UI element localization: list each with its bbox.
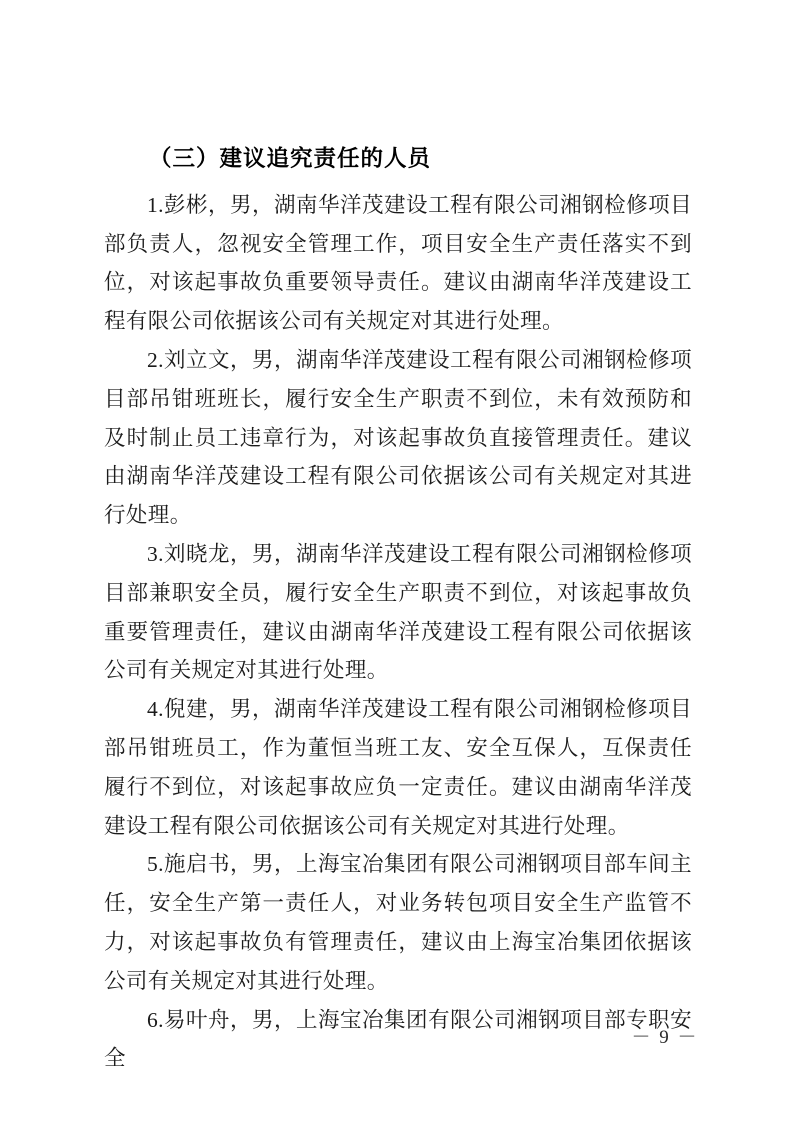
document-body: （三）建议追究责任的人员 1.彭彬，男，湖南华洋茂建设工程有限公司湘钢检修项目部… (104, 140, 692, 1078)
document-page: （三）建议追究责任的人员 1.彭彬，男，湖南华洋茂建设工程有限公司湘钢检修项目部… (0, 0, 793, 1122)
section-heading: （三）建议追究责任的人员 (104, 140, 692, 179)
paragraph-person-2: 2.刘立文，男，湖南华洋茂建设工程有限公司湘钢检修项目部吊钳班班长，履行安全生产… (104, 341, 692, 535)
paragraph-person-3: 3.刘晓龙，男，湖南华洋茂建设工程有限公司湘钢检修项目部兼职安全员，履行安全生产… (104, 535, 692, 690)
paragraph-person-6-truncated: 6.易叶舟，男，上海宝冶集团有限公司湘钢项目部专职安全 (104, 1001, 692, 1079)
paragraph-person-4: 4.倪建，男，湖南华洋茂建设工程有限公司湘钢检修项目部吊钳班员工，作为董恒当班工… (104, 690, 692, 845)
paragraph-person-5: 5.施启书，男，上海宝冶集团有限公司湘钢项目部车间主任，安全生产第一责任人，对业… (104, 845, 692, 1000)
paragraph-person-1: 1.彭彬，男，湖南华洋茂建设工程有限公司湘钢检修项目部负责人，忽视安全管理工作，… (104, 186, 692, 341)
page-number: － 9 － (630, 1026, 700, 1050)
